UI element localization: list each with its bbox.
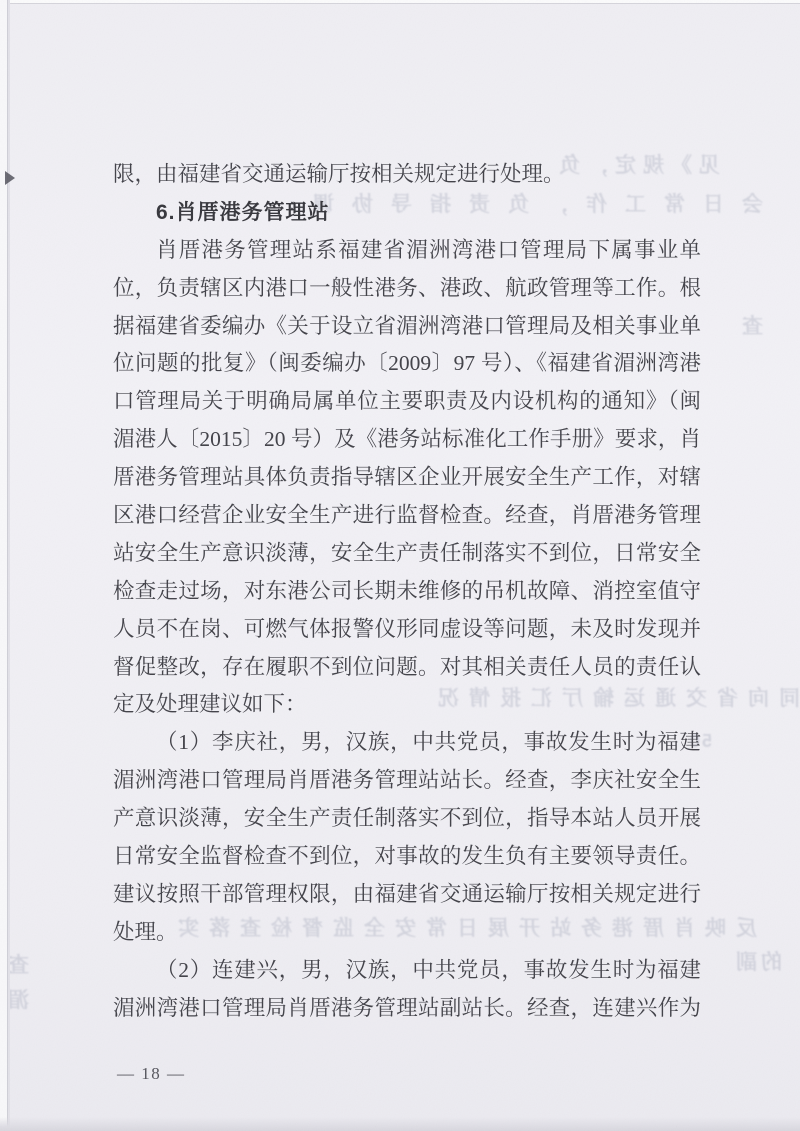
text-line: 区港口经营企业安全生产进行监督检查。经查，肖厝港务管理 [113, 497, 701, 535]
text-line: 定及处理建议如下： [113, 686, 701, 724]
edge-mark-icon [5, 171, 15, 185]
text-line: 站安全生产意识淡薄，安全生产责任制落实不到位，日常安全 [113, 535, 701, 573]
page-edge-top [0, 0, 800, 4]
bleed-through-text: 的副 [732, 952, 782, 973]
page-edge-left [0, 0, 14, 1131]
page-number: — 18 — [117, 1064, 186, 1084]
text-line: 湄港人〔2015〕20 号）及《港务站标准化工作手册》要求，肖 [113, 421, 701, 459]
text-line: 建议按照干部管理权限，由福建省交通运输厅按相关规定进行 [113, 876, 701, 914]
text-line: 厝港务管理站具体负责指导辖区企业开展安全生产工作，对辖 [113, 459, 701, 497]
body-text: 限，由福建省交通运输厅按相关规定进行处理。6.肖厝港务管理站肖厝港务管理站系福建… [113, 156, 701, 1027]
text-line: 位，负责辖区内港口一般性港务、港政、航政管理等工作。根 [113, 270, 701, 308]
text-line: 检查走过场，对东港公司长期未维修的吊机故障、消控室值守 [113, 573, 701, 611]
text-line: 位问题的批复》（闽委编办〔2009〕97 号）、《福建省湄洲湾港 [113, 345, 701, 383]
text-line: 湄洲湾港口管理局肖厝港务管理站站长。经查，李庆社安全生 [113, 762, 701, 800]
text-line: 肖厝港务管理站系福建省湄洲湾港口管理局下属事业单 [113, 232, 701, 270]
text-line: 据福建省委编办《关于设立省湄洲湾港口管理局及相关事业单 [113, 308, 701, 346]
section-heading: 6.肖厝港务管理站 [113, 194, 701, 232]
text-line: （1）李庆社，男，汉族，中共党员，事故发生时为福建省 [113, 724, 701, 762]
page-edge-bottom [0, 1117, 800, 1131]
text-line: 产意识淡薄，安全生产责任制落实不到位，指导本站人员开展 [113, 800, 701, 838]
text-line: 人员不在岗、可燃气体报警仪形同虚设等问题，未及时发现并 [113, 611, 701, 649]
text-line: 日常安全监督检查不到位，对事故的发生负有主要领导责任。 [113, 838, 701, 876]
text-line: 限，由福建省交通运输厅按相关规定进行处理。 [113, 156, 701, 194]
text-line: （2）连建兴，男，汉族，中共党员，事故发生时为福建省 [113, 952, 701, 990]
scan-page: 见》规定，负会日常工作，负责指导协调查第十组同向省交通运输厅汇报情况50反映肖厝… [0, 0, 800, 1131]
bleed-through-text: 查 [742, 316, 763, 337]
text-line: 湄洲湾港口管理局肖厝港务管理站副站长。经查，连建兴作为 [113, 990, 701, 1028]
text-line: 督促整改，存在履职不到位问题。对其相关责任人员的责任认 [113, 649, 701, 687]
text-line: 处理。 [113, 914, 701, 952]
text-line: 口管理局关于明确局属单位主要职责及内设机构的通知》（闽 [113, 383, 701, 421]
